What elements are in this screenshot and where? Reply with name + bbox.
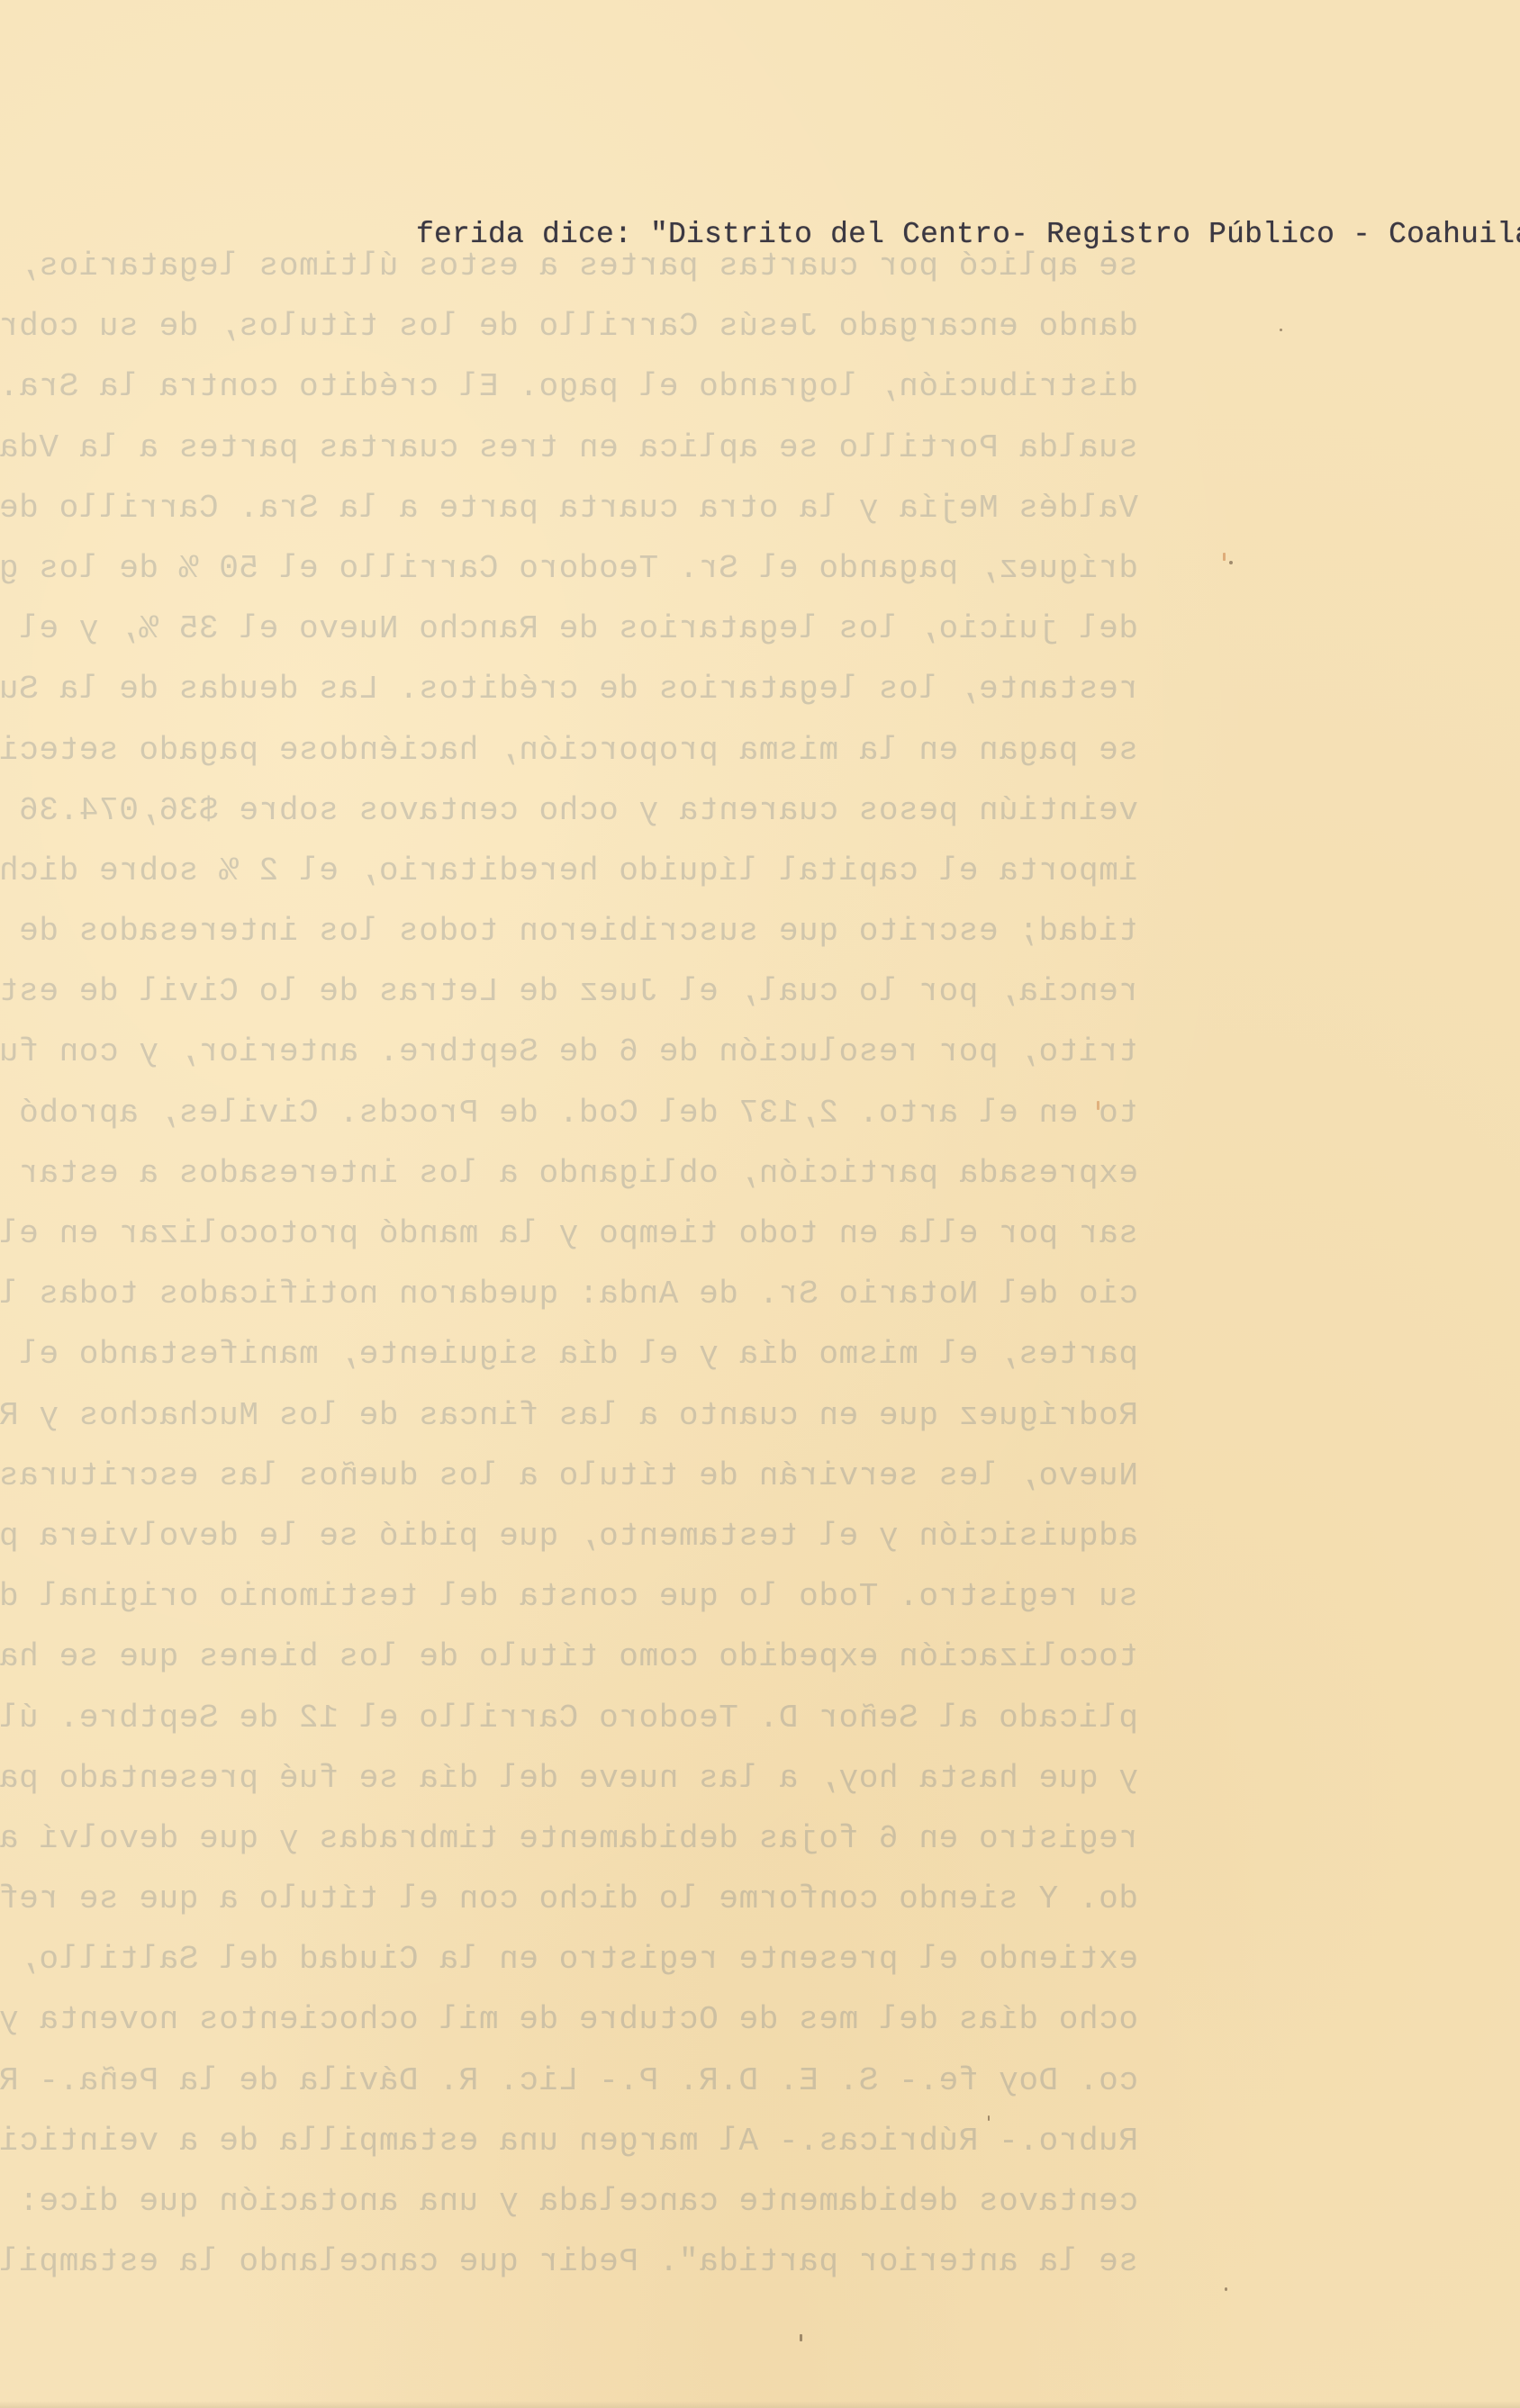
bleed-line: tidad; escrito que suscribieron todos lo… [0,901,1138,961]
paper-speck [1225,2287,1227,2291]
bleed-line: plicado al Señor D. Teodoro Carrillo el … [0,1688,1138,1748]
paper-bottom-edge [0,2401,1520,2408]
bleed-line: importa el capital líquido hereditario, … [0,841,1138,901]
bleed-line: tocolización expedido como título de los… [0,1627,1138,1687]
paper-speck [1097,1101,1099,1110]
bleed-line: do. Y siendo conforme lo dicho con el tí… [0,1869,1138,1929]
paper-speck [988,2115,990,2121]
bleed-line: distribución, logrando el pago. El crédi… [0,356,1138,417]
bleed-line: Rodríguez que en cuanto a las fincas de … [0,1385,1138,1446]
bleed-line: del juicio, los legatarios de Rancho Nue… [0,599,1138,659]
typed-text-line: ferida dice: "Distrito del Centro- Regis… [416,218,1520,251]
bleed-line: dríguez, pagando el Sr. Teodoro Carrillo… [0,538,1138,599]
reverse-side-bleed-through: se aplicó por cuartas partes a estos últ… [0,236,1138,2292]
bleed-line: Nuevo, les servirán de título a los dueñ… [0,1446,1138,1506]
bleed-line: sar por ella en todo tiempo y la mandó p… [0,1204,1138,1264]
bleed-line: expresada partición, obligando a los int… [0,1143,1138,1204]
bleed-line: registro en 6 fojas debidamente timbrada… [0,1808,1138,1869]
paper-speck [1280,329,1282,331]
bleed-line: ocho días del mes de Octubre de mil ocho… [0,1989,1138,2050]
bleed-line: sualda Portillo se aplica en tres cuarta… [0,418,1138,478]
bleed-line: co. Doy fe.- S. E. D.R. P.- Lic. R. Dávi… [0,2051,1138,2111]
paper-speck [800,2334,802,2341]
bleed-line: centavos debidamente cancelada y una ano… [0,2171,1138,2232]
bleed-line: partes, el mismo día y el día siguiente,… [0,1324,1138,1384]
bleed-line: Valdés Mejía y la otra cuarta parte a la… [0,478,1138,538]
paper-speck [1229,561,1233,564]
bleed-line: restante, los legatarios de créditos. La… [0,659,1138,719]
bleed-line: trito, por resolución de 6 de Septbre. a… [0,1022,1138,1082]
bleed-line: y que hasta hoy, a las nueve del día se … [0,1748,1138,1808]
bleed-line: Rubro.- Rúbricas.- Al margen una estampi… [0,2111,1138,2171]
bleed-line: cio del Notario Sr. de Anda: quedaron no… [0,1264,1138,1324]
bleed-line: to en el arto. 2,137 del Cod. de Procds.… [0,1083,1138,1143]
bleed-line: rencia, por lo cual, el Juez de Letras d… [0,961,1138,1022]
bleed-line: se la anterior partida". Pedir que cance… [0,2232,1138,2292]
bleed-line: adquisición y el testamento, que pidió s… [0,1506,1138,1566]
document-page: se aplicó por cuartas partes a estos últ… [0,0,1520,2408]
bleed-line: extiendo el presente registro en la Ciud… [0,1929,1138,1989]
bleed-line: dando encargado Jesús Carrillo de los tí… [0,296,1138,356]
bleed-line: su registro. Todo lo que consta del test… [0,1566,1138,1627]
paper-speck [1223,553,1226,561]
bleed-line: veintiún pesos cuarenta y ocho centavos … [0,780,1138,841]
bleed-line: se pagan en la misma proporción, haciénd… [0,720,1138,780]
